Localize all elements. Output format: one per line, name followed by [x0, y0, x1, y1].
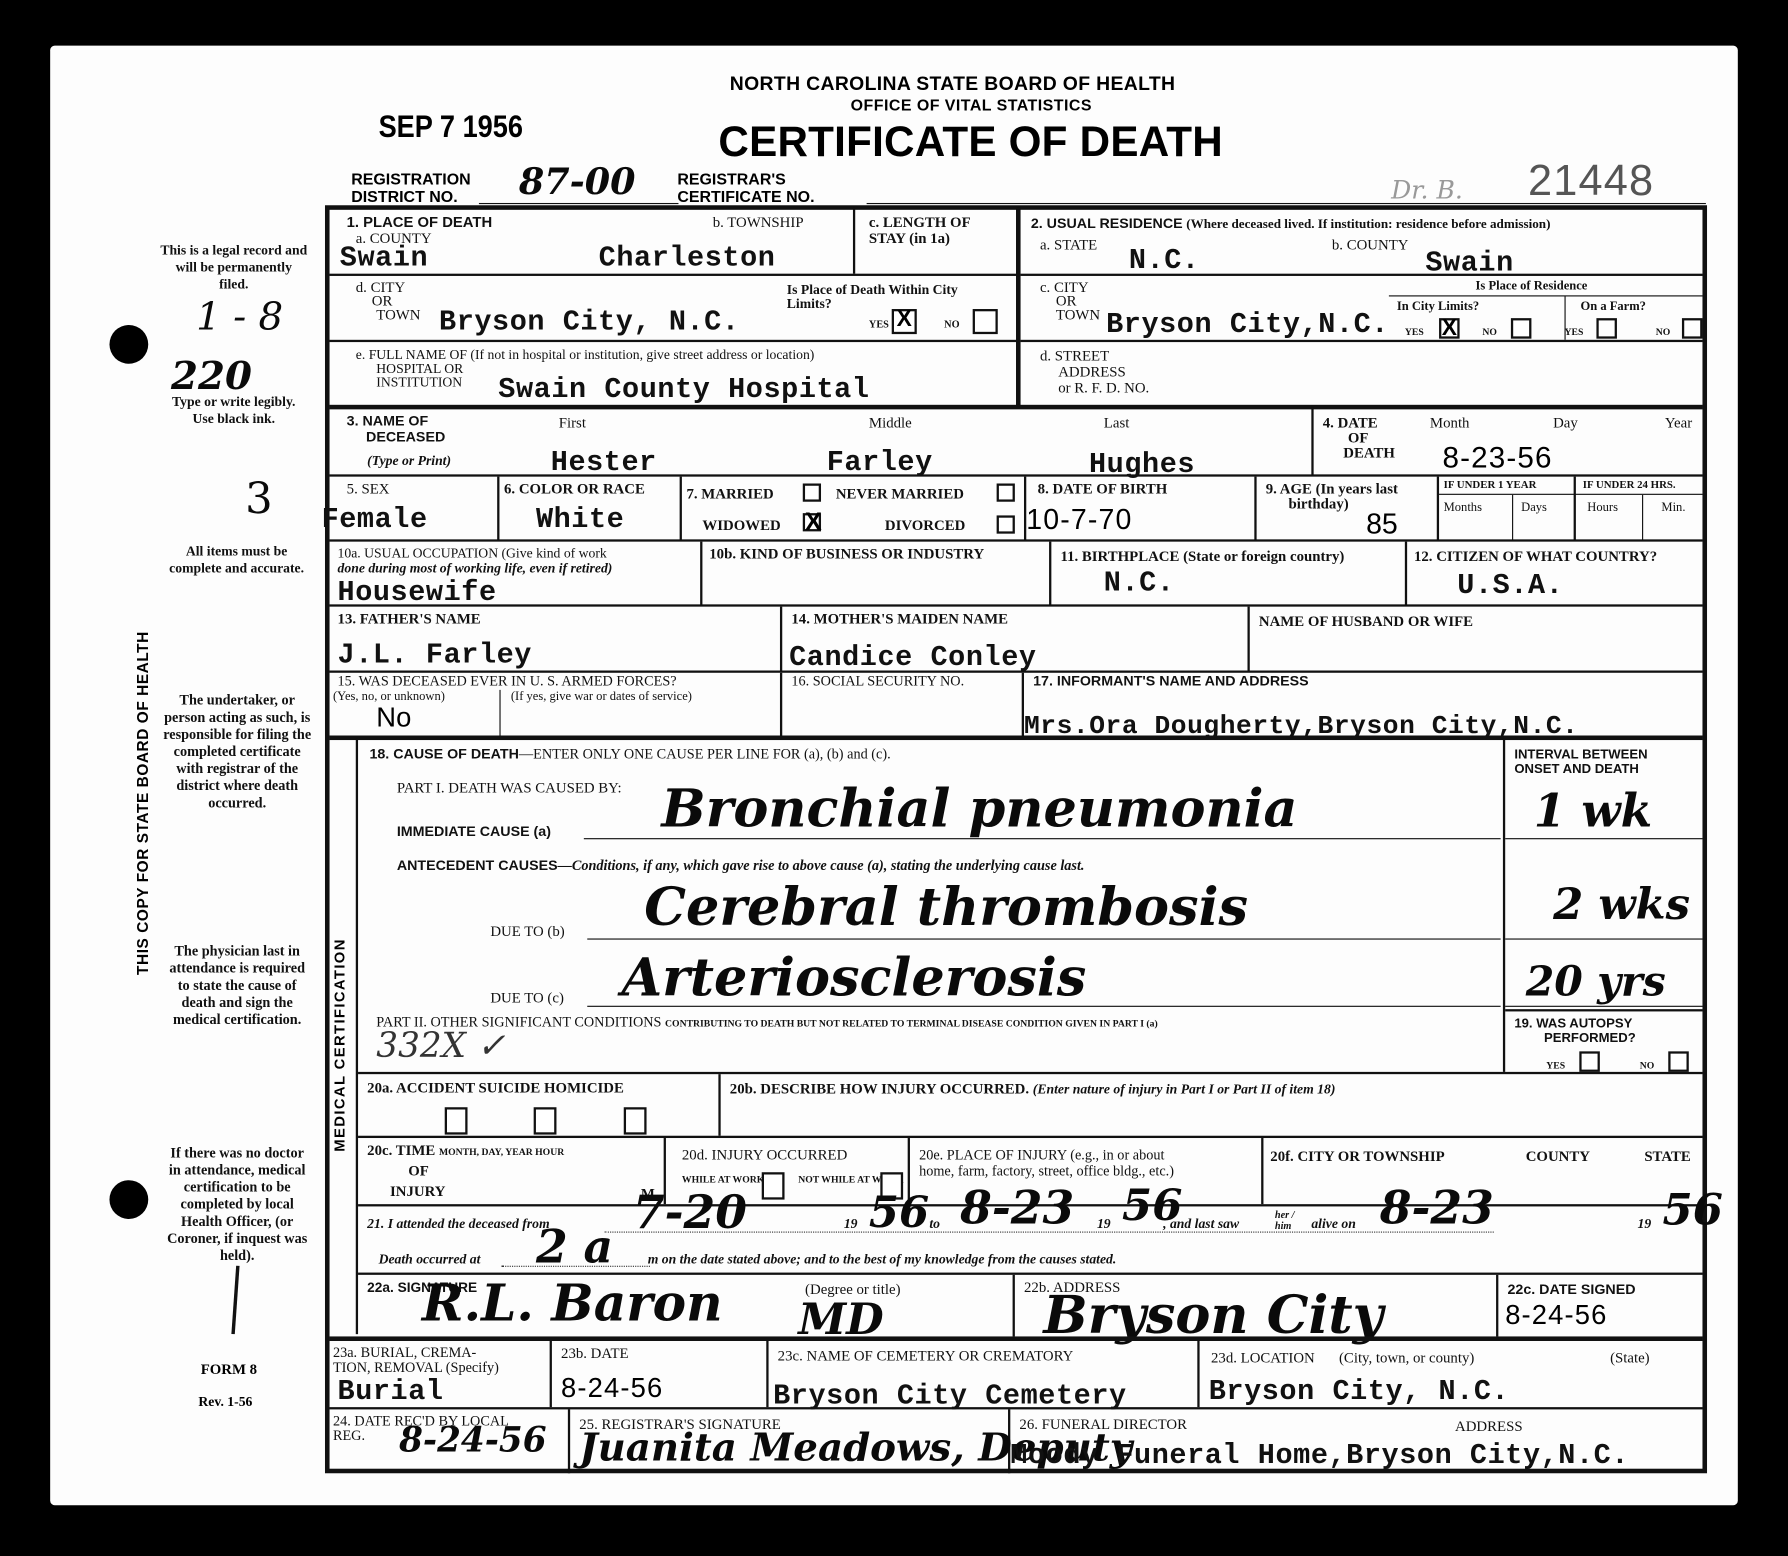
funeral-director-value: Moody Funeral Home,Bryson City,N.C.	[1010, 1439, 1629, 1472]
farm-no-label: NO	[1656, 325, 1671, 339]
death-city-value: Bryson City, N.C.	[439, 306, 740, 339]
widowed-label: WIDOWED	[702, 518, 780, 534]
on-farm-label: On a Farm?	[1580, 300, 1646, 314]
registration-underline	[479, 203, 679, 204]
time-label-2: OF	[408, 1163, 429, 1179]
rule-row-5-9	[330, 539, 1703, 541]
not-while-at-work-label: NOT WHILE AT WORK	[798, 1172, 880, 1186]
medical-certification-label: MEDICAL CERTIFICATION	[331, 938, 348, 1151]
dod-line2: OF	[1323, 430, 1395, 445]
occupation-label-line2: done during most of working life, even i…	[338, 561, 613, 576]
dob-value: 10-7-70	[1026, 504, 1132, 537]
due-to-c-label: DUE TO (c)	[490, 990, 564, 1006]
divider-mother	[1247, 607, 1249, 671]
office-heading: OFFICE OF VITAL STATISTICS	[851, 96, 1092, 114]
usual-residence-title: 2. USUAL RESIDENCE	[1031, 216, 1183, 232]
rule-24	[330, 1407, 1703, 1409]
divider-father	[780, 607, 782, 671]
due-to-b-label: DUE TO (b)	[490, 924, 564, 940]
within-city-limits-label: Is Place of Death Within City Limits?	[787, 283, 958, 310]
no-doctor-note: If there was no doctor in attendance, me…	[163, 1145, 311, 1265]
location-note: (City, town, or county)	[1339, 1349, 1474, 1366]
part2-value: 332X ✓	[376, 1026, 505, 1066]
part1-label: PART I. DEATH WAS CAUSED BY:	[397, 780, 622, 796]
res-city-line3: TOWN	[1040, 308, 1100, 322]
year-label: Year	[1665, 415, 1692, 431]
burial-type-value: Burial	[338, 1375, 444, 1408]
injury-how-title: 20b. DESCRIBE HOW INJURY OCCURRED.	[730, 1080, 1029, 1097]
burial-type-line2: TION, REMOVAL (Specify)	[333, 1360, 499, 1375]
dod-line1: 4. DATE	[1323, 415, 1395, 430]
rule-section-23	[330, 1336, 1703, 1341]
divider-business	[1049, 542, 1051, 606]
city-label-line3: TOWN	[356, 308, 421, 322]
divider-armed-service	[499, 690, 500, 736]
funeral-address-label: ADDRESS	[1455, 1419, 1523, 1435]
ssn-label: 16. SOCIAL SECURITY NO.	[791, 673, 964, 689]
date-received-value: 8-24-56	[399, 1421, 546, 1461]
last-name-label: Last	[1104, 415, 1130, 431]
burial-state-label: (State)	[1610, 1350, 1650, 1366]
injury-description-label: 20b. DESCRIBE HOW INJURY OCCURRED. (Ente…	[730, 1081, 1336, 1097]
attended-to-label: to	[929, 1216, 940, 1233]
attended-from-value: 7-20	[633, 1186, 747, 1240]
death-time-value: 2 a	[536, 1220, 613, 1274]
burial-type-label: 23a. BURIAL, CREMA- TION, REMOVAL (Speci…	[333, 1346, 499, 1376]
divider-23a	[550, 1341, 552, 1407]
usual-residence-label: 2. USUAL RESIDENCE (Where deceased lived…	[1031, 216, 1551, 233]
rule-injury-20c	[358, 1136, 1702, 1138]
within-limits-line2: Limits?	[787, 296, 958, 310]
cause-instruction: —ENTER ONLY ONE CAUSE PER LINE FOR (a), …	[519, 746, 891, 762]
alive-on-label: alive on	[1311, 1216, 1355, 1233]
divider-1-2	[1016, 208, 1021, 406]
within-limits-yes-label: YES	[869, 317, 889, 331]
citizen-label: 12. CITIZEN OF WHAT COUNTRY?	[1414, 548, 1657, 564]
autopsy-label-line1: 19. WAS AUTOPSY	[1514, 1017, 1635, 1032]
birthplace-label: 11. BIRTHPLACE (State or foreign country…	[1060, 548, 1344, 564]
length-of-stay-label: c. LENGTH OF STAY (in 1a)	[869, 214, 971, 246]
autopsy-no-checkbox[interactable]	[1668, 1051, 1689, 1072]
in-city-no-checkbox[interactable]	[1511, 318, 1532, 339]
divider-days	[1574, 477, 1576, 541]
divider-22b	[1496, 1275, 1498, 1337]
in-city-limits-label: In City Limits?	[1397, 300, 1479, 314]
occupation-label: 10a. USUAL OCCUPATION (Give kind of work…	[338, 546, 613, 576]
injury-occurred-label: 20d. INJURY OCCURRED	[682, 1147, 847, 1163]
divider-armed	[780, 673, 782, 737]
death-county-value: Swain	[340, 242, 428, 275]
armed-forces-value: No	[376, 702, 411, 734]
res-county-value: Swain	[1425, 246, 1513, 279]
interval-label-line2: ONSET AND DEATH	[1514, 763, 1647, 778]
autopsy-no-label: NO	[1640, 1058, 1655, 1072]
board-heading: NORTH CAROLINA STATE BOARD OF HEALTH	[730, 73, 1176, 96]
interval-label-line1: INTERVAL BETWEEN	[1514, 748, 1647, 763]
margin-handwriting-1: 1 - 8	[196, 294, 283, 340]
hours-label: Hours	[1587, 501, 1618, 515]
margin-handwriting-2: 220	[171, 353, 252, 399]
divider-hours	[1642, 495, 1643, 541]
page-title: CERTIFICATE OF DEATH	[718, 119, 1223, 167]
attended-to-year-prefix: 19	[1097, 1216, 1111, 1233]
cemetery-label: 23c. NAME OF CEMETERY OR CREMATORY	[778, 1348, 1074, 1364]
sex-label: 5. SEX	[347, 481, 390, 497]
autopsy-yes-checkbox[interactable]	[1579, 1051, 1600, 1072]
months-label: Months	[1444, 501, 1482, 515]
antecedent-label: ANTECEDENT CAUSES—Conditions, if any, wh…	[397, 858, 1085, 874]
last-saw-year: 56	[1663, 1184, 1723, 1235]
res-state-value: N.C.	[1129, 244, 1200, 277]
divider-24	[568, 1409, 570, 1473]
interval-divider	[1503, 739, 1505, 1072]
widowed-checkbox[interactable]: X	[803, 513, 821, 531]
within-limits-yes-checkbox[interactable]: X	[892, 309, 917, 334]
rule-injury-20a	[358, 1072, 1702, 1074]
place-injury-line1: 20e. PLACE OF INJURY (e.g., in or about	[919, 1147, 1174, 1163]
due-to-c-value: Arteriosclerosis	[621, 946, 1086, 1008]
divider-20e	[1261, 1138, 1263, 1204]
burial-location-value: Bryson City, N.C.	[1209, 1375, 1510, 1408]
rule-row-10-12	[330, 604, 1703, 606]
injury-state-label: STATE	[1644, 1148, 1690, 1164]
punch-hole-top	[109, 325, 148, 364]
autopsy-label: 19. WAS AUTOPSY PERFORMED?	[1514, 1017, 1635, 1047]
due-to-c-interval-value: 20 yrs	[1526, 958, 1666, 1006]
citizen-value: U.S.A.	[1457, 569, 1563, 602]
registrar-label-line2: CERTIFICATE NO.	[677, 188, 814, 205]
divider-age	[1437, 477, 1439, 541]
medical-side-rule	[356, 739, 358, 1334]
accident-suicide-homicide-label: 20a. ACCIDENT SUICIDE HOMICIDE	[367, 1080, 624, 1096]
burial-date-value: 8-24-56	[561, 1373, 663, 1405]
burial-type-line1: 23a. BURIAL, CREMA-	[333, 1346, 499, 1361]
divider-dob	[1254, 477, 1256, 541]
registrar-certificate-label: REGISTRAR'S CERTIFICATE NO.	[677, 171, 814, 205]
physician-note: The physician last in attendance is requ…	[163, 943, 311, 1029]
location-title: 23d. LOCATION	[1211, 1349, 1315, 1366]
attended-to-value: 8-23	[960, 1181, 1074, 1235]
res-city-value: Bryson City,N.C.	[1106, 308, 1389, 341]
complete-accurate-note: All items must be complete and accurate.	[165, 543, 308, 577]
days-label: Days	[1521, 501, 1547, 515]
attended-from-year: 56	[869, 1186, 929, 1237]
received-date-stamp: SEP 7 1956	[379, 108, 523, 144]
in-city-yes-label: YES	[1405, 325, 1424, 339]
rule-under-infant	[1439, 494, 1702, 495]
day-label: Day	[1553, 415, 1578, 431]
attended-from-year-prefix: 19	[844, 1216, 858, 1233]
race-value: White	[536, 503, 624, 536]
part2-note: CONTRIBUTING TO DEATH BUT NOT RELATED TO…	[665, 1017, 1158, 1028]
father-label: 13. FATHER'S NAME	[338, 611, 481, 627]
form-revision: Rev. 1-56	[198, 1393, 252, 1410]
attended-from-label: 21. I attended the deceased from	[367, 1216, 549, 1233]
time-label-1: 20c. TIME	[367, 1141, 435, 1158]
date-of-death-label: 4. DATE OF DEATH	[1323, 415, 1395, 459]
last-saw-value: 8-23	[1380, 1181, 1494, 1235]
age-label-line1: 9. AGE (In years last	[1266, 481, 1398, 496]
death-occurred-label: Death occurred at	[379, 1251, 481, 1268]
time-columns-label: MONTH, DAY, YEAR HOUR	[439, 1146, 564, 1157]
immediate-cause-label: IMMEDIATE CAUSE (a)	[397, 823, 551, 839]
mother-value: Candice Conley	[789, 641, 1036, 674]
legal-record-note: This is a legal record and will be perma…	[160, 242, 308, 293]
divider-22a	[1013, 1275, 1015, 1337]
under-1-year-label: IF UNDER 1 YEAR	[1444, 479, 1537, 493]
last-saw-label: , and last saw	[1163, 1216, 1239, 1233]
in-city-no-label: NO	[1482, 325, 1497, 339]
interval-c-line	[1505, 1006, 1702, 1007]
last-name-value: Hughes	[1089, 448, 1195, 481]
autopsy-top-rule	[1505, 1009, 1702, 1011]
undertaker-note: The undertaker, or person acting as such…	[163, 692, 311, 812]
due-to-b-interval-value: 2 wks	[1553, 878, 1690, 929]
month-label: Month	[1430, 415, 1470, 431]
informant-value: Mrs.Ora Dougherty,Bryson City,N.C.	[1024, 712, 1579, 742]
suicide-checkbox[interactable]	[534, 1107, 557, 1134]
res-county-label: b. COUNTY	[1332, 237, 1409, 253]
immediate-interval-value: 1 wk	[1534, 785, 1652, 839]
hospital-value: Swain County Hospital	[498, 373, 869, 406]
farm-yes-checkbox[interactable]	[1596, 318, 1617, 339]
informant-label: 17. INFORMANT'S NAME AND ADDRESS	[1033, 673, 1309, 689]
certificate-number: 21448	[1528, 157, 1654, 206]
interval-b-line	[1505, 938, 1702, 939]
type-legibly-note: Type or write legibly. Use black ink.	[171, 393, 296, 427]
never-married-label: NEVER MARRIED	[836, 486, 964, 502]
accident-checkbox[interactable]	[445, 1107, 468, 1134]
divider-occupation	[700, 542, 702, 606]
death-occurred-note: m on the date stated above; and to the b…	[648, 1251, 1117, 1268]
burial-date-label: 23b. DATE	[561, 1346, 629, 1362]
form-number: FORM 8	[201, 1360, 257, 1378]
time-of-injury-label: 20c. TIME MONTH, DAY, YEAR HOUR	[367, 1143, 564, 1160]
occupation-value: Housewife	[338, 576, 497, 609]
autopsy-yes-label: YES	[1546, 1058, 1565, 1072]
father-value: J.L. Farley	[338, 639, 532, 672]
name-of-deceased-label: 3. NAME OF DECEASED	[347, 413, 446, 445]
middle-name-label: Middle	[869, 415, 912, 431]
age-label: 9. AGE (In years last birthday)	[1266, 481, 1398, 511]
due-to-b-value: Cerebral thrombosis	[644, 876, 1248, 938]
divider-20a	[718, 1074, 720, 1136]
time-label-3: INJURY	[390, 1184, 445, 1200]
punch-hole-bottom	[109, 1180, 148, 1219]
residence-subheader-rule	[1389, 295, 1703, 296]
township-label: b. TOWNSHIP	[713, 214, 804, 230]
township-value: Charleston	[599, 242, 776, 275]
in-city-yes-checkbox[interactable]: X	[1439, 318, 1460, 339]
age-value: 85	[1366, 509, 1398, 542]
divider-23c	[1197, 1341, 1199, 1407]
farm-no-checkbox[interactable]	[1682, 318, 1703, 339]
place-of-residence-label: Is Place of Residence	[1476, 279, 1588, 293]
birthplace-value: N.C.	[1104, 567, 1175, 600]
mother-label: 14. MOTHER'S MAIDEN NAME	[791, 611, 1008, 627]
never-married-checkbox[interactable]	[997, 483, 1015, 501]
armed-war-label: (If yes, give war or dates of service)	[511, 690, 692, 704]
divider-date-of-death	[1311, 407, 1313, 475]
divider-sex	[497, 477, 499, 541]
divider-race	[680, 477, 682, 541]
under-24-hrs-label: IF UNDER 24 HRS.	[1583, 479, 1676, 493]
stay-label-line2: STAY (in 1a)	[869, 230, 971, 246]
scanned-document-stage: NORTH CAROLINA STATE BOARD OF HEALTH OFF…	[0, 0, 1788, 1556]
divider-birthplace	[1405, 542, 1407, 606]
antecedent-note: —Conditions, if any, which gave rise to …	[558, 858, 1085, 874]
dob-label: 8. DATE OF BIRTH	[1038, 481, 1168, 497]
business-label: 10b. KIND OF BUSINESS OR INDUSTRY	[709, 546, 984, 562]
res-city-label: c. CITY OR TOWN	[1040, 281, 1100, 322]
immediate-cause-value: Bronchial pneumonia	[661, 778, 1297, 840]
within-limits-no-checkbox[interactable]	[973, 309, 998, 334]
antecedent-title: ANTECEDENT CAUSES	[397, 858, 558, 874]
name-label-line1: 3. NAME OF	[347, 413, 446, 429]
funeral-director-label: 26. FUNERAL DIRECTOR	[1019, 1416, 1187, 1432]
street-line2: ADDRESS	[1040, 364, 1149, 380]
place-injury-line2: home, farm, factory, street, office bldg…	[919, 1163, 1174, 1179]
date-signed-value: 8-24-56	[1505, 1300, 1607, 1332]
first-name-value: Hester	[551, 446, 657, 479]
injury-city-label: 20f. CITY OR TOWNSHIP	[1270, 1148, 1444, 1164]
divider-stay	[853, 208, 855, 274]
place-of-death-label: 1. PLACE OF DEATH	[347, 214, 493, 230]
last-saw-year-prefix: 19	[1637, 1216, 1651, 1233]
registration-label-line2: DISTRICT NO.	[351, 188, 470, 205]
injury-county-label: COUNTY	[1526, 1148, 1590, 1164]
sex-value: Female	[322, 503, 428, 536]
her-him-label: her / him	[1275, 1209, 1298, 1232]
certificate-prefix: Dr. B.	[1391, 177, 1463, 206]
res-state-label: a. STATE	[1040, 237, 1097, 253]
dod-line3: DEATH	[1323, 445, 1395, 460]
name-label-line2: DECEASED	[347, 429, 446, 445]
divider-months	[1512, 495, 1513, 541]
married-label: 7. MARRIED	[686, 486, 773, 502]
physician-signature: R.L. Baron	[422, 1275, 723, 1333]
divorced-label: DIVORCED	[885, 518, 965, 534]
farm-yes-label: YES	[1564, 325, 1583, 339]
spouse-label: NAME OF HUSBAND OR WIFE	[1259, 613, 1473, 629]
first-name-label: First	[559, 415, 586, 431]
divorced-checkbox[interactable]	[997, 515, 1015, 533]
registration-label-line1: REGISTRATION	[351, 171, 470, 188]
date-of-death-value: 8-23-56	[1442, 440, 1552, 475]
middle-name-value: Farley	[827, 446, 933, 479]
armed-forces-label: 15. WAS DECEASED EVER IN U. S. ARMED FOR…	[338, 673, 677, 689]
type-or-print-label: (Type or Print)	[367, 453, 451, 470]
street-line1: d. STREET	[1040, 348, 1149, 364]
rule-1d	[330, 340, 1016, 342]
usual-residence-note: (Where deceased lived. If institution: r…	[1186, 218, 1550, 232]
rule-2a	[1021, 274, 1703, 276]
injury-how-note: (Enter nature of injury in Part I or Par…	[1033, 1081, 1336, 1097]
date-signed-label: 22c. DATE SIGNED	[1507, 1282, 1635, 1298]
street-address-label: d. STREET ADDRESS or R. F. D. NO.	[1040, 348, 1149, 396]
due-to-b-line	[587, 938, 1500, 939]
registration-district-label: REGISTRATION DISTRICT NO.	[351, 171, 470, 205]
homicide-checkbox[interactable]	[624, 1107, 647, 1134]
autopsy-label-line2: PERFORMED?	[1514, 1032, 1635, 1047]
interval-label: INTERVAL BETWEEN ONSET AND DEATH	[1514, 748, 1647, 778]
stay-label-line1: c. LENGTH OF	[869, 214, 971, 230]
margin-handwriting-3: 3	[245, 473, 273, 523]
registration-district-value: 87-00	[519, 160, 636, 203]
burial-location-label: 23d. LOCATION (City, town, or county)	[1211, 1350, 1474, 1366]
occupation-label-line1: 10a. USUAL OCCUPATION (Give kind of work	[338, 546, 613, 561]
within-limits-no-label: NO	[944, 317, 959, 331]
registrar-label-line1: REGISTRAR'S	[677, 171, 814, 188]
married-checkbox[interactable]	[803, 483, 821, 501]
vertical-copy-label: THIS COPY FOR STATE BOARD OF HEALTH	[135, 631, 152, 975]
city-town-label: d. CITY OR TOWN	[356, 281, 421, 322]
divider-23b	[766, 1341, 768, 1407]
cause-title: 18. CAUSE OF DEATH	[369, 746, 518, 762]
while-at-work-checkbox[interactable]	[762, 1172, 785, 1199]
while-at-work-label: WHILE AT WORK	[682, 1172, 750, 1186]
place-of-injury-label: 20e. PLACE OF INJURY (e.g., in or about …	[919, 1147, 1174, 1179]
street-line3: or R. F. D. NO.	[1040, 380, 1149, 396]
min-label: Min.	[1661, 501, 1685, 515]
cause-of-death-label: 18. CAUSE OF DEATH—ENTER ONLY ONE CAUSE …	[369, 746, 890, 762]
interval-a-line	[1505, 838, 1702, 839]
race-label: 6. COLOR OR RACE	[504, 481, 645, 497]
